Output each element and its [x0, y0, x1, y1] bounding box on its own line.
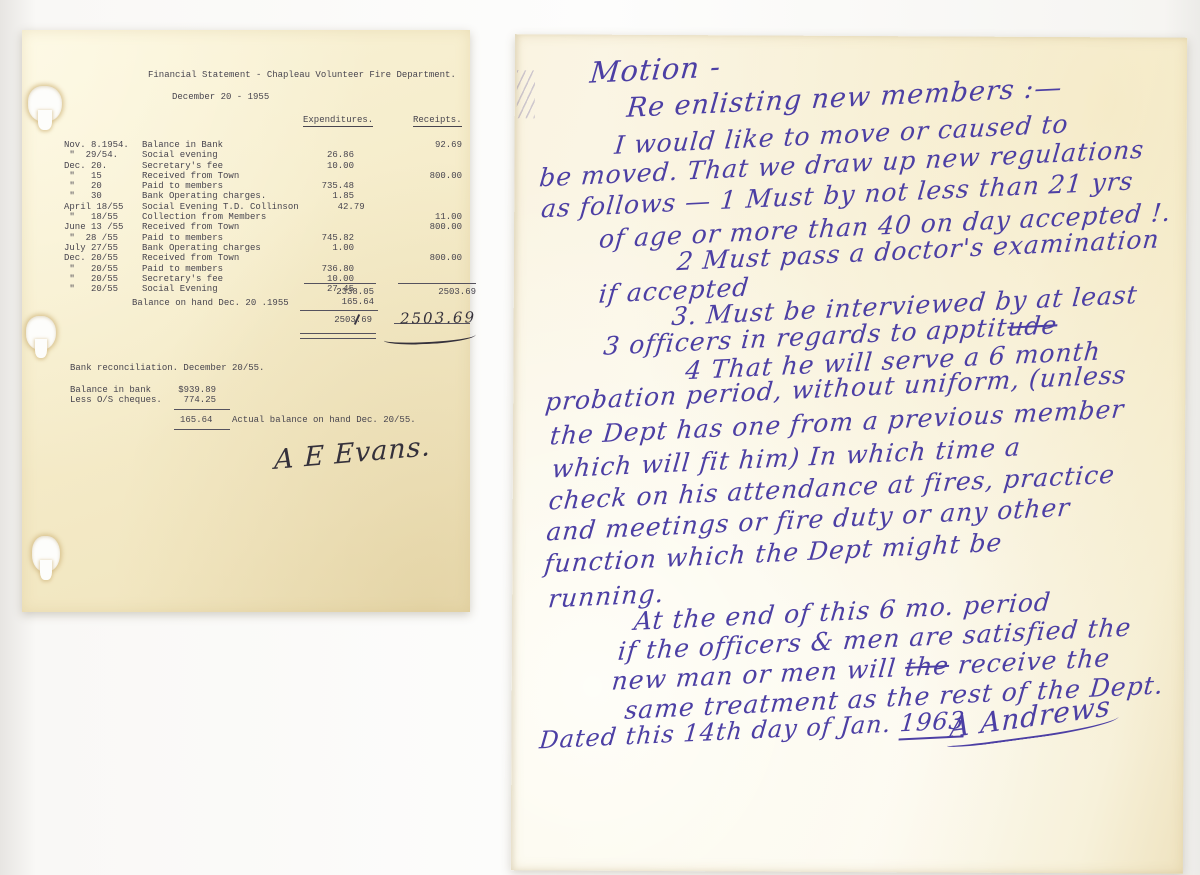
punch-hole-top — [28, 86, 62, 122]
balance-on-hand-value: 165.64 — [302, 297, 374, 307]
reconciliation-rule-top — [174, 409, 230, 410]
entry-receipt — [354, 181, 462, 191]
hw-line-motion: Motion - — [589, 52, 723, 87]
ledger-row: July 27/55 Bank Operating charges 1.00 — [64, 243, 462, 253]
motion-page: Motion - Re enlisting new members :— I w… — [511, 34, 1187, 874]
entry-expenditure — [288, 222, 354, 232]
entry-date: Dec. 20. — [64, 161, 142, 171]
entry-receipt — [354, 150, 462, 160]
actual-balance-value: 165.64 — [180, 415, 212, 425]
entry-description: Paid to members — [142, 264, 288, 274]
handwritten-total: 2503.69 — [400, 308, 476, 327]
entry-date: June 13 /55 — [64, 222, 142, 232]
balance-in-bank-label: Balance in bank — [70, 385, 151, 395]
totals-rule-receipts — [398, 283, 476, 284]
entry-description: Social Evening — [142, 284, 288, 294]
entry-description: Bank Operating charges. — [142, 191, 288, 201]
ledger-row: Dec. 20/55 Received from Town 800.00 — [64, 253, 462, 263]
punch-hole-bottom — [32, 536, 60, 572]
statement-title: Financial Statement - Chapleau Volunteer… — [148, 70, 456, 80]
hw-text: Motion - — [588, 49, 722, 89]
entry-date: " 20/55 — [64, 274, 142, 284]
column-header-expenditures: Expenditures. — [303, 115, 373, 127]
entry-expenditure: 736.80 — [288, 264, 354, 274]
double-rule-top — [300, 333, 376, 334]
entry-receipt: 800.00 — [354, 171, 462, 181]
entry-expenditure: 745.82 — [288, 233, 354, 243]
stray-pen-marks — [517, 70, 535, 118]
entry-expenditure — [288, 140, 354, 150]
entry-date: Nov. 8.1954. — [64, 140, 142, 150]
handwritten-underline — [384, 334, 476, 345]
sum-rule — [300, 310, 378, 311]
entry-date: " 29/54. — [64, 150, 142, 160]
entry-description: Secretary's fee — [142, 161, 288, 171]
entry-expenditure: 735.48 — [288, 181, 354, 191]
entry-description: Social evening — [142, 150, 288, 160]
column-header-receipts: Receipts. — [413, 115, 462, 127]
entry-description: Received from Town — [142, 253, 288, 263]
entry-expenditure — [288, 253, 354, 263]
reconciliation-heading: Bank reconciliation. December 20/55. — [70, 363, 264, 373]
entry-expenditure: 26.86 — [288, 150, 354, 160]
statement-date: December 20 - 1955 — [172, 92, 269, 102]
entry-description: Social Evening T.D. Collinson — [142, 202, 299, 212]
entry-date: " 15 — [64, 171, 142, 181]
total-receipts: 2503.69 — [398, 287, 476, 297]
entry-receipt — [354, 233, 462, 243]
double-rule-bottom — [300, 338, 376, 339]
entry-description: Collection from Members — [142, 212, 288, 222]
entry-date: " 28 /55 — [64, 233, 142, 243]
actual-balance-label: Actual balance on hand Dec. 20/55. — [232, 415, 416, 425]
ledger-row: " 28 /55 Paid to members 745.82 — [64, 233, 462, 243]
entry-description: Paid to members — [142, 181, 288, 191]
entry-date: " 20 — [64, 181, 142, 191]
entry-expenditure: 42.79 — [299, 202, 365, 212]
ledger-row: Nov. 8.1954. Balance in Bank 92.69 — [64, 140, 462, 150]
entry-expenditure: 10.00 — [288, 161, 354, 171]
balance-in-bank-value: $939.89 — [148, 385, 216, 395]
ledger-row: June 13 /55 Received from Town 800.00 — [64, 222, 462, 232]
entry-date: Dec. 20/55 — [64, 253, 142, 263]
entry-receipt — [365, 202, 473, 212]
entry-date: " 18/55 — [64, 212, 142, 222]
entry-receipt — [354, 243, 462, 253]
entry-receipt: 11.00 — [354, 212, 462, 222]
ledger-row: " 29/54. Social evening 26.86 — [64, 150, 462, 160]
financial-statement-page: Financial Statement - Chapleau Volunteer… — [22, 30, 470, 612]
scanned-documents-background: Financial Statement - Chapleau Volunteer… — [0, 0, 1200, 875]
entry-date: July 27/55 — [64, 243, 142, 253]
entry-date: " 30 — [64, 191, 142, 201]
entry-description: Received from Town — [142, 171, 288, 181]
entry-description: Paid to members — [142, 233, 288, 243]
ledger-table: Nov. 8.1954. Balance in Bank 92.69 " 29/… — [64, 140, 462, 294]
struck-word: ude — [1006, 310, 1059, 342]
reconciliation-rule-bottom — [174, 429, 230, 430]
totals-rule-expenditures — [304, 283, 376, 284]
ledger-row: " 30 Bank Operating charges. 1.85 — [64, 191, 462, 201]
ledger-row: " 15 Received from Town 800.00 — [64, 171, 462, 181]
entry-date: April 18/55 — [64, 202, 142, 212]
entry-expenditure: 1.00 — [288, 243, 354, 253]
punch-hole-middle — [26, 316, 56, 350]
entry-date: " 20/55 — [64, 264, 142, 274]
entry-receipt — [354, 161, 462, 171]
entry-description: Received from Town — [142, 222, 288, 232]
entry-receipt: 92.69 — [354, 140, 462, 150]
entry-receipt — [354, 264, 462, 274]
ledger-row: Dec. 20. Secretary's fee 10.00 — [64, 161, 462, 171]
final-total-typed: 2503.69 — [300, 315, 372, 325]
entry-receipt: 800.00 — [354, 222, 462, 232]
ledger-row: " 18/55 Collection from Members 11.00 — [64, 212, 462, 222]
entry-date: " 20/55 — [64, 284, 142, 294]
ledger-row: " 20/55 Paid to members 736.80 — [64, 264, 462, 274]
ledger-row: April 18/55 Social Evening T.D. Collinso… — [64, 202, 462, 212]
entry-expenditure: 1.85 — [288, 191, 354, 201]
ledger-row: " 20 Paid to members 735.48 — [64, 181, 462, 191]
entry-description: Bank Operating charges — [142, 243, 288, 253]
total-expenditures: 2338.05 — [302, 287, 374, 297]
entry-description: Balance in Bank — [142, 140, 288, 150]
entry-expenditure — [288, 212, 354, 222]
entry-receipt — [354, 191, 462, 201]
less-os-cheques-value: 774.25 — [148, 395, 216, 405]
balance-on-hand-label: Balance on hand Dec. 20 .1955 — [132, 298, 289, 308]
signature-evans: A E Evans. — [274, 431, 431, 476]
entry-receipt: 800.00 — [354, 253, 462, 263]
struck-word: the — [904, 651, 951, 682]
entry-expenditure — [288, 171, 354, 181]
entry-description: Secretary's fee — [142, 274, 288, 284]
